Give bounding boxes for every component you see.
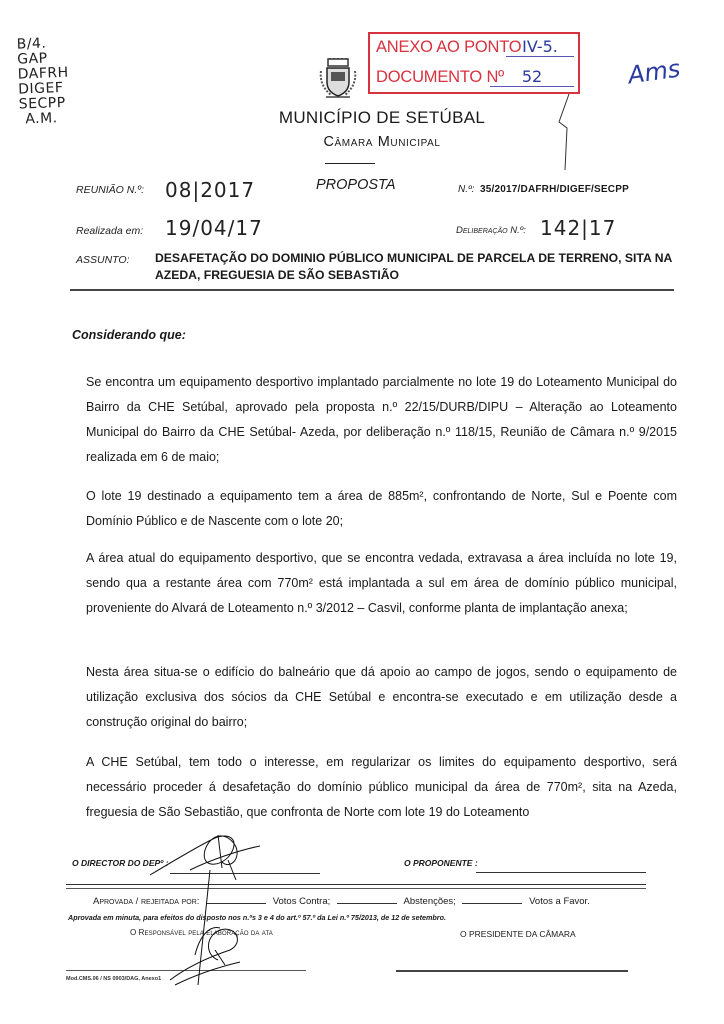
body-paragraph: Se encontra um equipamento desportivo im… — [86, 370, 677, 470]
subject-value: DESAFETAÇÃO DO DOMINIO PÚBLICO MUNICIPAL… — [155, 250, 685, 284]
proponent-label: O PROPONENTE : — [404, 858, 478, 868]
stamp-annex-label: ANEXO AO PONTO — [376, 38, 521, 57]
meeting-date-label: Realizada em: — [76, 225, 143, 237]
abstentions-blank — [462, 893, 522, 904]
subject-divider — [70, 289, 674, 291]
responsible-signature-line — [66, 970, 306, 971]
footer-divider — [66, 884, 646, 889]
votes-against-label: Votos Contra; — [273, 896, 331, 907]
proposal-number-label: N.º: — [458, 184, 474, 195]
chamber-title: Câmara Municipal — [0, 134, 724, 150]
minute-approval-note: Aprovada em minuta, para efeitos do disp… — [68, 913, 446, 922]
votes-for-label: Votos a Favor. — [529, 896, 590, 907]
body-paragraph: A área atual do equipamento desportivo, … — [86, 546, 677, 621]
abstentions-label: Abstenções; — [404, 896, 456, 907]
handwritten-initials: Ams — [626, 54, 682, 89]
proposal-number-value: 35/2017/DAFRH/DIGEF/SECPP — [480, 184, 629, 195]
vote-tally: Aprovada / rejeitada por: Votos Contra; … — [93, 893, 590, 907]
stamp-document-value: 52 — [490, 67, 574, 87]
president-signature-line — [396, 970, 628, 972]
subject-label: ASSUNTO: — [76, 254, 129, 266]
municipality-title: MUNICÍPIO DE SETÚBAL — [0, 108, 724, 128]
minutes-responsible-label: O Responsável pela elaboração da ata — [130, 928, 273, 937]
proponent-signature-line — [476, 872, 646, 873]
deliberation-label: Deliberação N.º: — [456, 225, 526, 236]
stamp-annex-value: IV-5. — [506, 37, 574, 57]
considering-heading: Considerando que: — [72, 328, 186, 342]
stamp-document-label: DOCUMENTO Nº — [376, 68, 504, 87]
coat-of-arms-icon — [318, 57, 358, 101]
body-paragraph: A CHE Setúbal, tem todo o interesse, em … — [86, 750, 677, 825]
approval-blank — [206, 893, 266, 904]
reuniao-label: REUNIÃO N.º: — [76, 184, 144, 196]
director-signature-line — [170, 873, 320, 874]
meeting-date-value: 19/04/17 — [165, 216, 263, 240]
model-reference: Mod.CMS.06 / NS 0903/DAG, Anexo1 — [66, 976, 161, 982]
deliberation-value: 142|17 — [540, 216, 616, 240]
votes-against-blank — [337, 893, 397, 904]
body-paragraph: O lote 19 destinado a equipamento tem a … — [86, 484, 677, 534]
margin-mark — [555, 92, 575, 172]
annex-stamp: ANEXO AO PONTO IV-5. DOCUMENTO Nº 52 — [368, 32, 580, 94]
body-paragraph: Nesta área situa-se o edifício do balneá… — [86, 660, 677, 735]
approval-label: Aprovada / rejeitada por: — [93, 896, 199, 907]
document-type: PROPOSTA — [316, 177, 396, 193]
president-label: O PRESIDENTE DA CÂMARA — [460, 929, 576, 939]
reuniao-value: 08|2017 — [165, 178, 255, 202]
director-label: O DIRECTOR DO DEPº : — [72, 858, 168, 868]
header-divider — [325, 163, 375, 164]
